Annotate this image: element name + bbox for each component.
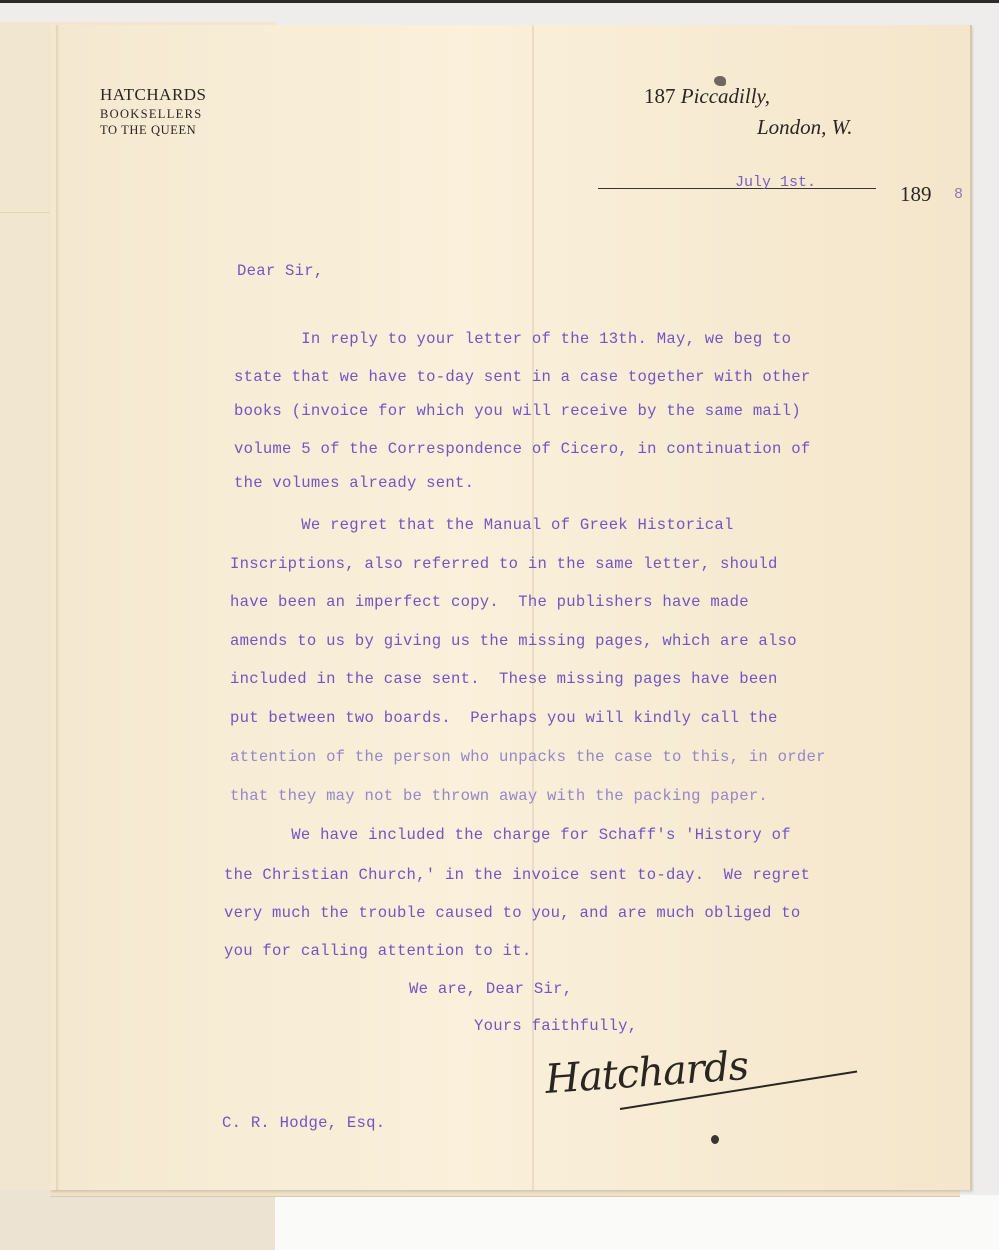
body-line: the Christian Church,' in the invoice se… bbox=[224, 866, 810, 884]
firm-subtitle: BOOKSELLERS bbox=[100, 108, 207, 121]
body-line: volume 5 of the Correspondence of Cicero… bbox=[234, 440, 810, 458]
lower-sheet bbox=[0, 1190, 275, 1250]
scanner-bed bbox=[275, 1195, 999, 1250]
date-typed: July 1st. bbox=[735, 174, 816, 191]
body-line: put between two boards. Perhaps you will… bbox=[230, 709, 778, 727]
body-line: have been an imperfect copy. The publish… bbox=[230, 593, 749, 611]
year-printed: 189 bbox=[900, 182, 932, 207]
body-line: that they may not be thrown away with th… bbox=[230, 787, 768, 805]
address-street: 187 Piccadilly, bbox=[644, 84, 770, 109]
body-line: amends to us by giving us the missing pa… bbox=[230, 632, 797, 650]
backing-fold bbox=[0, 212, 50, 213]
year-typed: 8 bbox=[954, 186, 963, 203]
body-line: We regret that the Manual of Greek Histo… bbox=[234, 516, 734, 534]
recipient: C. R. Hodge, Esq. bbox=[222, 1114, 385, 1132]
body-line: books (invoice for which you will receiv… bbox=[234, 402, 801, 420]
ink-blot-icon bbox=[711, 1135, 719, 1144]
body-line: We have included the charge for Schaff's… bbox=[224, 826, 791, 844]
body-line: included in the case sent. These missing… bbox=[230, 670, 778, 688]
left-fold bbox=[56, 25, 59, 1190]
body-line: very much the trouble caused to you, and… bbox=[224, 904, 800, 922]
salutation: Dear Sir, bbox=[237, 262, 323, 280]
body-line: In reply to your letter of the 13th. May… bbox=[234, 330, 791, 348]
address-city: London, W. bbox=[757, 115, 853, 140]
firm-warrant: TO THE QUEEN bbox=[100, 124, 207, 137]
address-street-name: Piccadilly, bbox=[681, 84, 770, 108]
body-line: state that we have to-day sent in a case… bbox=[234, 368, 810, 386]
letterhead-firm: HATCHARDS BOOKSELLERS TO THE QUEEN bbox=[100, 86, 207, 136]
closing-line: We are, Dear Sir, bbox=[409, 980, 572, 998]
closing-line: Yours faithfully, bbox=[474, 1017, 637, 1035]
body-line: attention of the person who unpacks the … bbox=[230, 748, 826, 766]
scan-top-edge bbox=[0, 0, 999, 3]
firm-name: HATCHARDS bbox=[100, 86, 207, 103]
body-line: you for calling attention to it. bbox=[224, 942, 531, 960]
address-number: 187 bbox=[644, 84, 676, 108]
body-line: the volumes already sent. bbox=[234, 474, 474, 492]
body-line: Inscriptions, also referred to in the sa… bbox=[230, 555, 778, 573]
